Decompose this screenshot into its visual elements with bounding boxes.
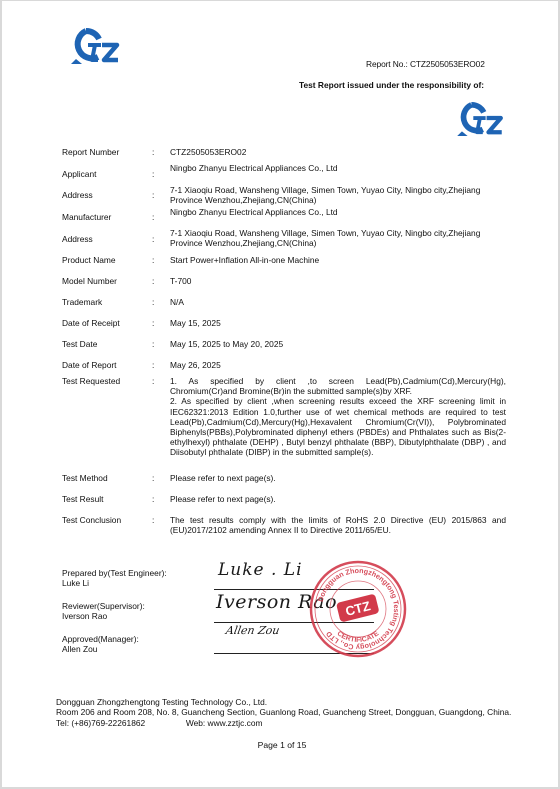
field-value: May 15, 2025 [170, 318, 506, 328]
footer: Dongguan Zhongzhengtong Testing Technolo… [56, 697, 512, 728]
responsibility-heading: Test Report issued under the responsibil… [299, 80, 484, 90]
field-value: N/A [170, 297, 506, 307]
field-value: Ningbo Zhanyu Electrical Appliances Co.,… [170, 163, 506, 173]
field-label: Test Requested [62, 376, 120, 386]
field-label: Model Number [62, 276, 117, 286]
field-label: Address [62, 234, 93, 244]
field-colon: : [152, 147, 154, 157]
footer-web[interactable]: Web: www.zztjc.com [186, 718, 263, 728]
field-label: Date of Report [62, 360, 116, 370]
field-colon: : [152, 212, 154, 222]
ctz-logo-icon [68, 27, 120, 65]
field-colon: : [152, 360, 154, 370]
test-requested-item-1: 1. As specified by client ,to screen Lea… [170, 376, 506, 396]
approved-role: Approved(Manager): [62, 634, 139, 644]
field-label: Address [62, 190, 93, 200]
field-label: Manufacturer [62, 212, 111, 222]
field-value: May 15, 2025 to May 20, 2025 [170, 339, 506, 349]
field-colon: : [152, 255, 154, 265]
test-requested-item-2: 2. As specified by client ,when screenin… [170, 396, 506, 457]
field-label: Report Number [62, 147, 119, 157]
field-value: 7-1 Xiaoqiu Road, Wansheng Village, Sime… [170, 185, 506, 205]
field-value: CTZ2505053ERO02 [170, 147, 506, 157]
company-stamp-icon: Dongguan Zhongzhengtong Testing Technolo… [308, 559, 408, 659]
field-value: Ningbo Zhanyu Electrical Appliances Co.,… [170, 207, 506, 217]
field-colon: : [152, 297, 154, 307]
reviewer-name: Iverson Rao [62, 611, 145, 621]
report-number-header: Report No.: CTZ2505053ERO02 [366, 59, 485, 69]
field-colon: : [152, 318, 154, 328]
field-colon: : [152, 169, 154, 179]
footer-company: Dongguan Zhongzhengtong Testing Technolo… [56, 697, 512, 707]
footer-address: Room 206 and Room 208, No. 8, Guancheng … [56, 707, 512, 717]
reviewer-role: Reviewer(Supervisor): [62, 601, 145, 611]
footer-contact: Tel: (+86)769-22261862 Web: www.zztjc.co… [56, 718, 512, 728]
prepared-by-name: Luke Li [62, 578, 167, 588]
field-label: Applicant [62, 169, 96, 179]
field-label: Test Result [62, 494, 103, 504]
field-colon: : [152, 190, 154, 200]
prepared-by-role: Prepared by(Test Engineer): [62, 568, 167, 578]
field-value: T-700 [170, 276, 506, 286]
field-value: Start Power+Inflation All-in-one Machine [170, 255, 506, 265]
field-value: Please refer to next page(s). [170, 473, 506, 483]
field-value: 7-1 Xiaoqiu Road, Wansheng Village, Sime… [170, 228, 506, 248]
field-colon: : [152, 339, 154, 349]
ctz-logo-icon [454, 101, 504, 137]
page-number: Page 1 of 15 [2, 740, 560, 750]
field-colon: : [152, 276, 154, 286]
approved-block: Approved(Manager): Allen Zou [62, 634, 139, 654]
prepared-signature: Luke . Li [218, 560, 303, 580]
field-value: Please refer to next page(s). [170, 494, 506, 504]
reviewer-block: Reviewer(Supervisor): Iverson Rao [62, 601, 145, 621]
field-label: Test Method [62, 473, 108, 483]
report-page: Report No.: CTZ2505053ERO02 Test Report … [2, 1, 558, 787]
prepared-by-block: Prepared by(Test Engineer): Luke Li [62, 568, 167, 588]
field-value: The test results comply with the limits … [170, 515, 506, 535]
approved-name: Allen Zou [62, 644, 139, 654]
field-colon: : [152, 376, 154, 386]
field-colon: : [152, 234, 154, 244]
field-colon: : [152, 473, 154, 483]
field-colon: : [152, 494, 154, 504]
field-label: Test Date [62, 339, 97, 349]
approved-signature: Allen Zou [225, 624, 281, 637]
field-value: May 26, 2025 [170, 360, 506, 370]
field-label: Test Conclusion [62, 515, 121, 525]
footer-tel: Tel: (+86)769-22261862 [56, 718, 145, 728]
field-label: Date of Receipt [62, 318, 120, 328]
field-value: 1. As specified by client ,to screen Lea… [170, 376, 506, 458]
field-label: Trademark [62, 297, 102, 307]
field-label: Product Name [62, 255, 116, 265]
field-colon: : [152, 515, 154, 525]
